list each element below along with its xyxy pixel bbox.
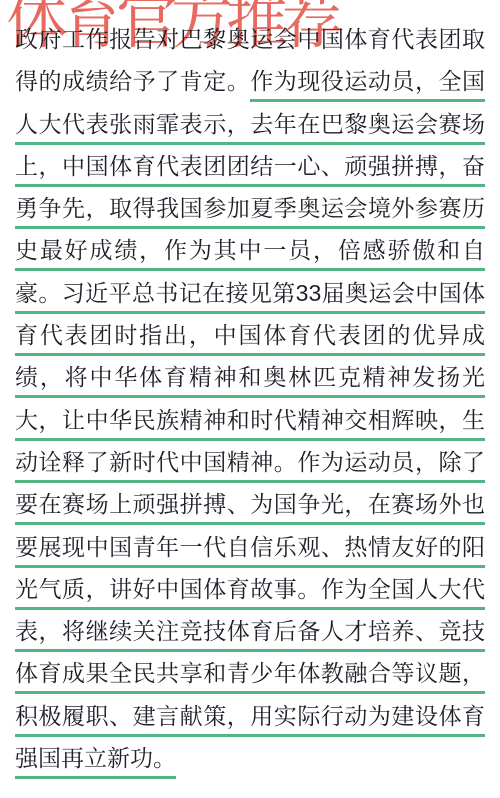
text-line: 强国再立新功。 bbox=[15, 737, 485, 779]
underlined-text: 史最好成绩，作为其中一员，倍感骄傲和自 bbox=[15, 237, 485, 271]
text-line: 大，让中华民族精神和时代精神交相辉映，生 bbox=[15, 399, 485, 441]
underlined-text: 人大代表张雨霏表示，去年在巴黎奥运会赛场 bbox=[15, 111, 485, 145]
underlined-text: 体育成果全民共享和青少年体教融合等议题， bbox=[15, 660, 485, 694]
text-line: 人大代表张雨霏表示，去年在巴黎奥运会赛场 bbox=[15, 103, 485, 145]
plain-text: 政府工作报告对巴黎奥运会中国体育代表团取 bbox=[15, 26, 485, 52]
underlined-text: 要在赛场上顽强拼搏、为国争光，在赛场外也 bbox=[15, 491, 485, 525]
underlined-text: 上，中国体育代表团团结一心、顽强拼搏，奋 bbox=[15, 153, 485, 187]
underlined-text: 积极履职、建言献策，用实际行动为建设体育 bbox=[15, 703, 485, 737]
underlined-text: 强国再立新功。 bbox=[15, 745, 176, 779]
underlined-text: 作为现役运动员，全国 bbox=[250, 68, 485, 102]
underlined-text: 豪。习近平总书记在接见第33届奥运会中国体 bbox=[15, 280, 485, 314]
text-line: 育代表团时指出，中国体育代表团的优异成 bbox=[15, 314, 485, 356]
text-line: 得的成绩给予了肯定。作为现役运动员，全国 bbox=[15, 60, 485, 102]
underlined-text: 育代表团时指出，中国体育代表团的优异成 bbox=[15, 322, 485, 356]
underlined-text: 勇争先，取得我国参加夏季奥运会境外参赛历 bbox=[15, 195, 485, 229]
underlined-text: 表，将继续关注竞技体育后备人才培养、竞技 bbox=[15, 618, 485, 652]
text-line: 动诠释了新时代中国精神。作为运动员，除了 bbox=[15, 441, 485, 483]
text-line: 豪。习近平总书记在接见第33届奥运会中国体 bbox=[15, 272, 485, 314]
text-line: 勇争先，取得我国参加夏季奥运会境外参赛历 bbox=[15, 187, 485, 229]
text-line: 表，将继续关注竞技体育后备人才培养、竞技 bbox=[15, 610, 485, 652]
article-body: 政府工作报告对巴黎奥运会中国体育代表团取得的成绩给予了肯定。作为现役运动员，全国… bbox=[15, 18, 485, 779]
text-line: 要展现中国青年一代自信乐观、热情友好的阳 bbox=[15, 526, 485, 568]
text-line: 光气质，讲好中国体育故事。作为全国人大代 bbox=[15, 568, 485, 610]
underlined-text: 绩，将中华体育精神和奥林匹克精神发扬光 bbox=[15, 364, 485, 398]
underlined-text: 大，让中华民族精神和时代精神交相辉映，生 bbox=[15, 407, 485, 441]
text-line: 体育成果全民共享和青少年体教融合等议题， bbox=[15, 652, 485, 694]
underlined-text: 光气质，讲好中国体育故事。作为全国人大代 bbox=[15, 576, 485, 610]
text-line: 积极履职、建言献策，用实际行动为建设体育 bbox=[15, 695, 485, 737]
text-line: 要在赛场上顽强拼搏、为国争光，在赛场外也 bbox=[15, 483, 485, 525]
text-line: 史最好成绩，作为其中一员，倍感骄傲和自 bbox=[15, 229, 485, 271]
underlined-text: 要展现中国青年一代自信乐观、热情友好的阳 bbox=[15, 534, 485, 568]
text-line: 绩，将中华体育精神和奥林匹克精神发扬光 bbox=[15, 356, 485, 398]
page-background: 体育官方推荐 政府工作报告对巴黎奥运会中国体育代表团取得的成绩给予了肯定。作为现… bbox=[0, 0, 500, 798]
text-line: 政府工作报告对巴黎奥运会中国体育代表团取 bbox=[15, 18, 485, 60]
underlined-text: 动诠释了新时代中国精神。作为运动员，除了 bbox=[15, 449, 485, 483]
plain-text: 得的成绩给予了肯定。 bbox=[15, 68, 250, 94]
text-line: 上，中国体育代表团团结一心、顽强拼搏，奋 bbox=[15, 145, 485, 187]
